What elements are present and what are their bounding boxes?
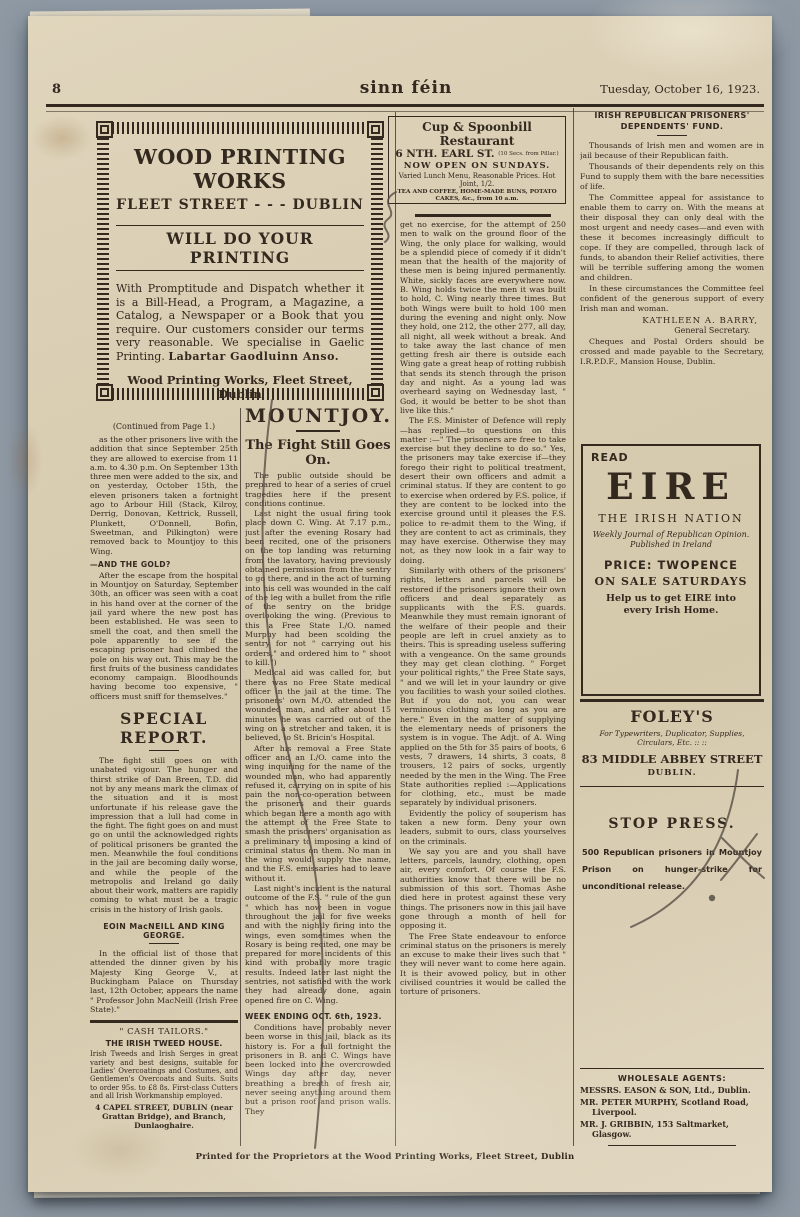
ad-title: WOOD PRINTING WORKS	[116, 145, 364, 193]
article-paragraph: The public outside should be prepared to…	[245, 471, 391, 508]
eire-ad: READ EIRE THE IRISH NATION Weekly Journa…	[581, 444, 761, 696]
wholesale-agents: WHOLESALE AGENTS: MESSRS. EASON & SON, L…	[580, 1068, 764, 1146]
scanned-newspaper-photo: { "masthead": { "page_number": "8", "tit…	[0, 0, 800, 1217]
stop-press: STOP PRESS. 500 Republican prisoners in …	[580, 816, 764, 895]
ad-open-line: NOW OPEN ON SUNDAYS.	[389, 161, 565, 171]
ad-border-corner	[367, 121, 384, 138]
ad-address: FLEET STREET - - - DUBLIN	[116, 197, 364, 213]
issue-date: Tuesday, October 16, 1923.	[524, 82, 760, 96]
section-rule	[415, 214, 551, 217]
cash-tailors-ad: " CASH TAILORS." THE IRISH TWEED HOUSE. …	[90, 1020, 238, 1129]
masthead: 8 sinn féin Tuesday, October 16, 1923.	[52, 78, 760, 98]
column-4: IRISH REPUBLICAN PRISONERS' DEPENDENTS' …	[580, 110, 764, 1150]
ad-address: 83 MIDDLE ABBEY STREET	[580, 752, 764, 766]
ad-border	[371, 122, 383, 400]
article-paragraph: The fight still goes on with unabated vi…	[90, 756, 238, 914]
continued-note: (Continued from Page 1.)	[90, 422, 238, 431]
column-divider	[395, 112, 396, 1146]
ad-name: THE IRISH TWEED HOUSE.	[90, 1039, 238, 1048]
macneill-title: EOIN MacNEILL AND KING GEORGE.	[94, 922, 234, 940]
printer-imprint: Printed for the Proprietors at the Wood …	[28, 1152, 742, 1162]
ad-description: Weekly Journal of Republican Opinion. Pu…	[591, 530, 751, 549]
ad-sale-line: ON SALE SATURDAYS	[591, 575, 751, 588]
ad-tagline: Help us to get EIRE into every Irish Hom…	[591, 593, 751, 617]
article-paragraph: In the official list of those that atten…	[90, 949, 238, 1014]
article-paragraph: as the other prisoners live with the add…	[90, 435, 238, 556]
agent-line: MESSRS. EASON & SON, Ltd., Dublin.	[580, 1085, 764, 1095]
fund-signature-role: General Secretary.	[580, 326, 750, 335]
article-paragraph: Thousands of their dependents rely on th…	[580, 162, 764, 192]
ad-gaelic-text: Labartar Gaodluinn Anso.	[168, 350, 339, 363]
ad-read-label: READ	[591, 451, 751, 464]
ad-body: Irish Tweeds and Irish Serges in great v…	[90, 1050, 238, 1100]
closing-rule	[608, 1145, 737, 1146]
cup-spoonbill-ad: Cup & Spoonbill Restaurant 6 NTH. EARL S…	[388, 116, 566, 204]
page-number: 8	[52, 82, 288, 97]
agent-line: MR. J. GRIBBIN, 153 Saltmarket, Glasgow.	[580, 1119, 764, 1139]
ad-address: 4 CAPEL STREET, DUBLIN (near Grattan Bri…	[90, 1103, 238, 1130]
article-paragraph: In these circumstances the Committee fee…	[580, 284, 764, 314]
heading-rule	[149, 750, 179, 751]
article-paragraph: We say you are and you shall have letter…	[400, 847, 566, 931]
article-paragraph: The Committee appeal for assistance to e…	[580, 193, 764, 283]
article-paragraph: Last night the usual firing took place d…	[245, 509, 391, 667]
subhead-and-the-gold: —AND THE GOLD?	[90, 560, 238, 569]
column-divider	[573, 108, 574, 1146]
special-report-title: SPECIAL REPORT.	[90, 709, 238, 747]
wood-printing-works-ad: WOOD PRINTING WORKS FLEET STREET - - - D…	[97, 122, 383, 400]
ad-title: FOLEY'S	[580, 707, 764, 726]
fund-signature: KATHLEEN A. BARRY,	[580, 316, 758, 326]
ad-description: For Typewriters, Duplicator, Supplies, C…	[580, 729, 764, 747]
ad-border-corner	[96, 121, 113, 138]
fund-article: IRISH REPUBLICAN PRISONERS' DEPENDENTS' …	[580, 110, 764, 367]
ad-price: PRICE: TWOPENCE	[591, 558, 751, 572]
article-paragraph: After the escape from the hospital in Mo…	[90, 571, 238, 701]
mountjoy-subtitle: The Fight Still Goes On.	[245, 438, 391, 468]
article-paragraph: After his removal a Free State officer a…	[245, 744, 391, 883]
ad-quote: " CASH TAILORS."	[90, 1027, 238, 1037]
ad-border	[97, 122, 383, 134]
ad-content: WOOD PRINTING WORKS FLEET STREET - - - D…	[116, 139, 364, 383]
stop-press-title: STOP PRESS.	[580, 816, 764, 832]
heading-rule	[296, 430, 340, 432]
article-paragraph: The F.S. Minister of Defence will reply—…	[400, 416, 566, 565]
heading-rule	[657, 135, 687, 136]
agents-title: WHOLESALE AGENTS:	[580, 1073, 764, 1083]
article-paragraph: Last night's incident is the natural out…	[245, 884, 391, 1005]
article-paragraph: The Free State endeavour to enforce crim…	[400, 932, 566, 997]
ad-address: 6 NTH. EARL ST. (10 Secs. from Pillar.)	[389, 148, 565, 160]
ad-city: DUBLIN.	[580, 768, 764, 778]
subhead-week-ending: WEEK ENDING OCT. 6th, 1923.	[245, 1012, 391, 1021]
ad-headline: WILL DO YOUR PRINTING	[116, 225, 364, 271]
ad-subtitle: THE IRISH NATION	[591, 512, 751, 525]
newspaper-page: 8 sinn féin Tuesday, October 16, 1923. W…	[28, 16, 772, 1192]
ad-address-note: (10 Secs. from Pillar.)	[498, 151, 558, 157]
ad-border-corner	[96, 384, 113, 401]
article-paragraph: Conditions have probably never been wors…	[245, 1023, 391, 1116]
mountjoy-title: MOUNTJOY.	[245, 405, 391, 427]
column-3: get no exercise, for the attempt of 250 …	[400, 210, 566, 1150]
article-paragraph: get no exercise, for the attempt of 250 …	[400, 220, 566, 415]
agent-line: MR. PETER MURPHY, Scotland Road, Liverpo…	[580, 1097, 764, 1117]
ad-title: Cup & Spoonbill Restaurant	[389, 120, 565, 148]
column-divider	[240, 408, 241, 1146]
heading-rule	[149, 943, 179, 944]
fund-title: IRISH REPUBLICAN PRISONERS' DEPENDENTS' …	[580, 110, 764, 132]
article-paragraph: Cheques and Postal Orders should be cros…	[580, 337, 764, 367]
ad-body: With Promptitude and Dispatch whether it…	[116, 282, 364, 363]
newspaper-title: sinn féin	[288, 78, 524, 98]
article-paragraph: Similarly with others of the prisoners' …	[400, 566, 566, 808]
ad-footer: Wood Printing Works, Fleet Street, Dubli…	[116, 373, 364, 401]
article-paragraph: Medical aid was called for, but there wa…	[245, 668, 391, 742]
article-paragraph: Evidently the policy of souperism has ta…	[400, 809, 566, 846]
ad-border-corner	[367, 384, 384, 401]
ad-title: EIRE	[591, 466, 751, 508]
stop-press-body: 500 Republican prisoners in Mountjoy Pri…	[580, 844, 764, 895]
ad-border	[97, 122, 109, 400]
ad-items-line: TEA AND COFFEE, HOME-MADE BUNS, POTATO C…	[389, 189, 565, 203]
foleys-ad: FOLEY'S For Typewriters, Duplicator, Sup…	[580, 699, 764, 787]
ad-address-text: 6 NTH. EARL ST.	[395, 148, 494, 160]
column-1: (Continued from Page 1.) as the other pr…	[90, 422, 238, 1148]
ad-menu-line: Varied Lunch Menu, Reasonable Prices. Ho…	[389, 172, 565, 188]
column-2-mountjoy: MOUNTJOY. The Fight Still Goes On. The p…	[245, 405, 391, 1149]
article-paragraph: Thousands of Irish men and women are in …	[580, 141, 764, 161]
